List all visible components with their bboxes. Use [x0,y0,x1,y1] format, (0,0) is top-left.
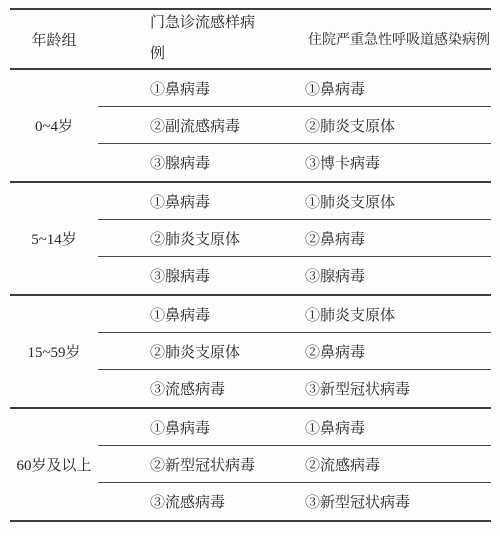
inpatient-rank-cell: ②鼻病毒 [255,228,491,249]
inpatient-rank-cell: ①肺炎支原体 [255,191,491,212]
pathogen-surveillance-table: 年龄组 门急诊流感样病例 住院严重急性呼吸道感染病例 0~4岁 ①鼻病毒 ①鼻病… [10,8,491,522]
outpatient-rank-cell: ②肺炎支原体 [98,341,255,362]
inpatient-rank-cell: ①鼻病毒 [255,417,491,438]
age-group-label: 5~14岁 [10,183,98,294]
table-row: ③腺病毒 ③腺病毒 [98,257,491,294]
table-row: ②新型冠状病毒 ②流感病毒 [98,446,491,483]
outpatient-rank-cell: ③腺病毒 [98,152,255,173]
outpatient-rank-cell: ②肺炎支原体 [98,228,255,249]
outpatient-rank-cell: ③流感病毒 [98,491,255,512]
age-group-section-60-plus: 60岁及以上 ①鼻病毒 ①鼻病毒 ②新型冠状病毒 ②流感病毒 ③流感病毒 ③新型… [10,409,491,520]
age-group-label: 15~59岁 [10,296,98,407]
table-row: ①鼻病毒 ①鼻病毒 [98,409,491,446]
table-row: ①鼻病毒 ①肺炎支原体 [98,296,491,333]
inpatient-rank-cell: ②鼻病毒 [255,341,491,362]
table-row: ③流感病毒 ③新型冠状病毒 [98,483,491,520]
group-rows: ①鼻病毒 ①鼻病毒 ②新型冠状病毒 ②流感病毒 ③流感病毒 ③新型冠状病毒 [98,409,491,520]
outpatient-rank-cell: ③腺病毒 [98,265,255,286]
group-rows: ①鼻病毒 ①肺炎支原体 ②肺炎支原体 ②鼻病毒 ③流感病毒 ③新型冠状病毒 [98,296,491,407]
group-rows: ①鼻病毒 ①肺炎支原体 ②肺炎支原体 ②鼻病毒 ③腺病毒 ③腺病毒 [98,183,491,294]
inpatient-rank-cell: ③腺病毒 [255,265,491,286]
age-group-section-0-4: 0~4岁 ①鼻病毒 ①鼻病毒 ②副流感病毒 ②肺炎支原体 ③腺病毒 ③博卡病毒 [10,70,491,183]
inpatient-rank-cell: ③新型冠状病毒 [255,378,491,399]
inpatient-rank-cell: ②肺炎支原体 [255,115,491,136]
outpatient-rank-cell: ②副流感病毒 [98,115,255,136]
header-outpatient-ili-cases: 门急诊流感样病例 [98,8,260,70]
outpatient-rank-cell: ①鼻病毒 [98,304,255,325]
table-row: ①鼻病毒 ①鼻病毒 [98,70,491,107]
outpatient-rank-cell: ①鼻病毒 [98,417,255,438]
inpatient-rank-cell: ①肺炎支原体 [255,304,491,325]
inpatient-rank-cell: ②流感病毒 [255,454,491,475]
table-header-row: 年龄组 门急诊流感样病例 住院严重急性呼吸道感染病例 [10,10,491,70]
table-row: ②肺炎支原体 ②鼻病毒 [98,333,491,370]
outpatient-rank-cell: ①鼻病毒 [98,191,255,212]
age-group-label: 0~4岁 [10,70,98,181]
header-age-group: 年龄组 [10,29,98,50]
table-row: ②副流感病毒 ②肺炎支原体 [98,107,491,144]
table-row: ②肺炎支原体 ②鼻病毒 [98,220,491,257]
age-group-label: 60岁及以上 [10,409,98,520]
inpatient-rank-cell: ③新型冠状病毒 [255,491,491,512]
age-group-section-15-59: 15~59岁 ①鼻病毒 ①肺炎支原体 ②肺炎支原体 ②鼻病毒 ③流感病毒 ③新型… [10,296,491,409]
table-row: ③腺病毒 ③博卡病毒 [98,144,491,181]
outpatient-rank-cell: ①鼻病毒 [98,78,255,99]
outpatient-rank-cell: ②新型冠状病毒 [98,454,255,475]
table-row: ③流感病毒 ③新型冠状病毒 [98,370,491,407]
outpatient-rank-cell: ③流感病毒 [98,378,255,399]
inpatient-rank-cell: ①鼻病毒 [255,78,491,99]
group-rows: ①鼻病毒 ①鼻病毒 ②副流感病毒 ②肺炎支原体 ③腺病毒 ③博卡病毒 [98,70,491,181]
header-hospitalized-sari-cases: 住院严重急性呼吸道感染病例 [260,29,491,49]
age-group-section-5-14: 5~14岁 ①鼻病毒 ①肺炎支原体 ②肺炎支原体 ②鼻病毒 ③腺病毒 ③腺病毒 [10,183,491,296]
table-row: ①鼻病毒 ①肺炎支原体 [98,183,491,220]
inpatient-rank-cell: ③博卡病毒 [255,152,491,173]
